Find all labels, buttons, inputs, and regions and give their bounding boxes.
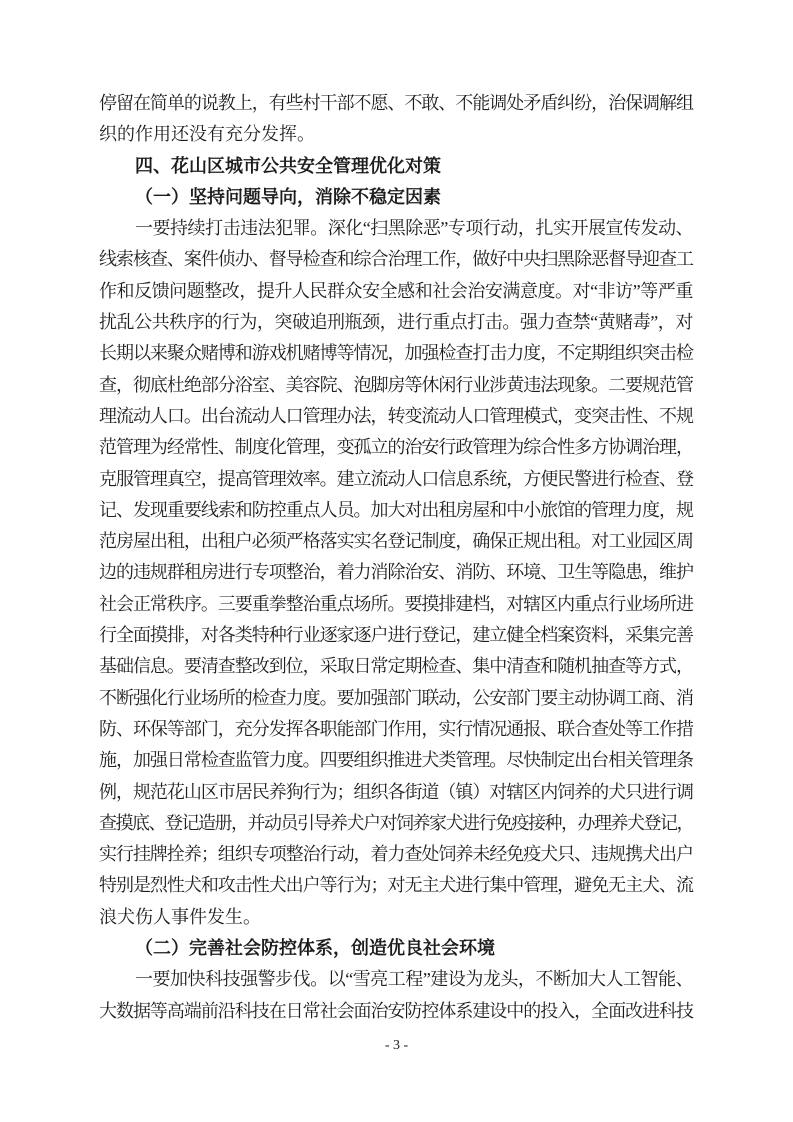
text-line: 防、环保等部门，充分发挥各职能部门作用，实行情况通报、联合查处等工作措	[99, 714, 693, 745]
document-page: 停留在简单的说教上，有些村干部不愿、不敢、不能调处矛盾纠纷，治保调解组织的作用还…	[0, 0, 793, 1122]
line-text: 停留在简单的说教上，有些村干部不愿、不敢、不能调处矛盾纠纷，治保调解组	[99, 88, 693, 119]
line-text: 四、花山区城市公共安全管理优化对策	[135, 151, 441, 182]
text-line: 停留在简单的说教上，有些村干部不愿、不敢、不能调处矛盾纠纷，治保调解组	[99, 88, 693, 119]
text-line: 理流动人口。出台流动人口管理办法，转变流动人口管理模式，变突击性、不规	[99, 401, 693, 432]
line-text: 例，规范花山区市居民养狗行为；组织各街道（镇）对辖区内饲养的犬只进行调	[99, 777, 693, 808]
line-text: 防、环保等部门，充分发挥各职能部门作用，实行情况通报、联合查处等工作措	[99, 714, 693, 745]
line-text: 不断强化行业场所的检查力度。要加强部门联动，公安部门要主动协调工商、消	[99, 683, 693, 714]
line-text: 查，彻底杜绝部分浴室、美容院、泡脚房等休闲行业涉黄违法现象。二要规范管	[99, 370, 693, 401]
text-line: 扰乱公共秩序的行为，突破追刑瓶颈，进行重点打击。强力查禁“黄赌毒”，对	[99, 307, 693, 338]
text-line: 范管理为经常性、制度化管理，变孤立的治安行政管理为综合性多方协调治理，	[99, 432, 693, 463]
section-heading: （一）坚持问题导向，消除不稳定因素	[99, 182, 693, 213]
text-line: 行全面摸排，对各类特种行业逐家逐户进行登记，建立健全档案资料，采集完善	[99, 620, 693, 651]
text-line: 线索核查、案件侦办、督导检查和综合治理工作，做好中央扫黑除恶督导迎查工	[99, 244, 693, 275]
line-text: 行全面摸排，对各类特种行业逐家逐户进行登记，建立健全档案资料，采集完善	[99, 620, 693, 651]
line-text: 实行挂牌拴养；组织专项整治行动，着力查处饲养未经免疫犬只、违规携犬出户	[99, 839, 693, 870]
text-line: 织的作用还没有充分发挥。	[99, 119, 693, 150]
line-text: 线索核查、案件侦办、督导检查和综合治理工作，做好中央扫黑除恶督导迎查工	[99, 244, 693, 275]
text-line: 作和反馈问题整改，提升人民群众安全感和社会治安满意度。对“非访”等严重	[99, 276, 693, 307]
text-line: 浪犬伤人事件发生。	[99, 902, 693, 933]
text-line: 基础信息。要清查整改到位，采取日常定期检查、集中清查和随机抽查等方式，	[99, 651, 693, 682]
text-line: 一要持续打击违法犯罪。深化“扫黑除恶”专项行动，扎实开展宣传发动、	[99, 213, 693, 244]
section-heading: 四、花山区城市公共安全管理优化对策	[99, 151, 693, 182]
text-line: 社会正常秩序。三要重拳整治重点场所。要摸排建档，对辖区内重点行业场所进	[99, 589, 693, 620]
line-text: 浪犬伤人事件发生。	[99, 902, 261, 933]
line-text: 扰乱公共秩序的行为，突破追刑瓶颈，进行重点打击。强力查禁“黄赌毒”，对	[99, 307, 693, 338]
line-text: 基础信息。要清查整改到位，采取日常定期检查、集中清查和随机抽查等方式，	[99, 651, 693, 682]
line-text: 长期以来聚众赌博和游戏机赌博等情况，加强检查打击力度，不定期组织突击检	[99, 338, 693, 369]
line-text: 一要持续打击违法犯罪。深化“扫黑除恶”专项行动，扎实开展宣传发动、	[135, 213, 693, 244]
line-text: 特别是烈性犬和攻击性犬出户等行为；对无主犬进行集中管理，避免无主犬、流	[99, 870, 693, 901]
text-line: 克服管理真空，提高管理效率。建立流动人口信息系统，方便民警进行检查、登	[99, 464, 693, 495]
line-text: 社会正常秩序。三要重拳整治重点场所。要摸排建档，对辖区内重点行业场所进	[99, 589, 693, 620]
line-text: 织的作用还没有充分发挥。	[99, 119, 315, 150]
text-line: 记、发现重要线索和防控重点人员。加大对出租房屋和中小旅馆的管理力度，规	[99, 495, 693, 526]
line-text: 施，加强日常检查监管力度。四要组织推进犬类管理。尽快制定出台相关管理条	[99, 745, 693, 776]
text-line: 例，规范花山区市居民养狗行为；组织各街道（镇）对辖区内饲养的犬只进行调	[99, 777, 693, 808]
line-text: 边的违规群租房进行专项整治，着力消除治安、消防、环境、卫生等隐患，维护	[99, 557, 693, 588]
text-line: 大数据等高端前沿科技在日常社会面治安防控体系建设中的投入，全面改进科技	[99, 996, 693, 1027]
text-line: 不断强化行业场所的检查力度。要加强部门联动，公安部门要主动协调工商、消	[99, 683, 693, 714]
text-line: 长期以来聚众赌博和游戏机赌博等情况，加强检查打击力度，不定期组织突击检	[99, 338, 693, 369]
line-text: （二）完善社会防控体系，创造优良社会环境	[135, 933, 495, 964]
line-text: 克服管理真空，提高管理效率。建立流动人口信息系统，方便民警进行检查、登	[99, 464, 693, 495]
page-number: - 3 -	[0, 1038, 793, 1054]
line-text: 范房屋出租，出租户必须严格落实实名登记制度，确保正规出租。对工业园区周	[99, 526, 693, 557]
line-text: 理流动人口。出台流动人口管理办法，转变流动人口管理模式，变突击性、不规	[99, 401, 693, 432]
text-line: 查，彻底杜绝部分浴室、美容院、泡脚房等休闲行业涉黄违法现象。二要规范管	[99, 370, 693, 401]
line-text: 范管理为经常性、制度化管理，变孤立的治安行政管理为综合性多方协调治理，	[99, 432, 693, 463]
line-text: 查摸底、登记造册，并动员引导养犬户对饲养家犬进行免疫接种，办理养犬登记，	[99, 808, 693, 839]
text-line: 特别是烈性犬和攻击性犬出户等行为；对无主犬进行集中管理，避免无主犬、流	[99, 870, 693, 901]
line-text: 大数据等高端前沿科技在日常社会面治安防控体系建设中的投入，全面改进科技	[99, 996, 693, 1027]
text-line: 范房屋出租，出租户必须严格落实实名登记制度，确保正规出租。对工业园区周	[99, 526, 693, 557]
line-text: 一要加快科技强警步伐。以“雪亮工程”建设为龙头，不断加大人工智能、	[135, 964, 693, 995]
text-line: 查摸底、登记造册，并动员引导养犬户对饲养家犬进行免疫接种，办理养犬登记，	[99, 808, 693, 839]
document-content: 停留在简单的说教上，有些村干部不愿、不敢、不能调处矛盾纠纷，治保调解组织的作用还…	[99, 88, 693, 1027]
line-text: 记、发现重要线索和防控重点人员。加大对出租房屋和中小旅馆的管理力度，规	[99, 495, 693, 526]
line-text: 作和反馈问题整改，提升人民群众安全感和社会治安满意度。对“非访”等严重	[99, 276, 693, 307]
text-line: 边的违规群租房进行专项整治，着力消除治安、消防、环境、卫生等隐患，维护	[99, 557, 693, 588]
text-line: 一要加快科技强警步伐。以“雪亮工程”建设为龙头，不断加大人工智能、	[99, 964, 693, 995]
text-line: 施，加强日常检查监管力度。四要组织推进犬类管理。尽快制定出台相关管理条	[99, 745, 693, 776]
section-heading: （二）完善社会防控体系，创造优良社会环境	[99, 933, 693, 964]
text-line: 实行挂牌拴养；组织专项整治行动，着力查处饲养未经免疫犬只、违规携犬出户	[99, 839, 693, 870]
line-text: （一）坚持问题导向，消除不稳定因素	[135, 182, 441, 213]
